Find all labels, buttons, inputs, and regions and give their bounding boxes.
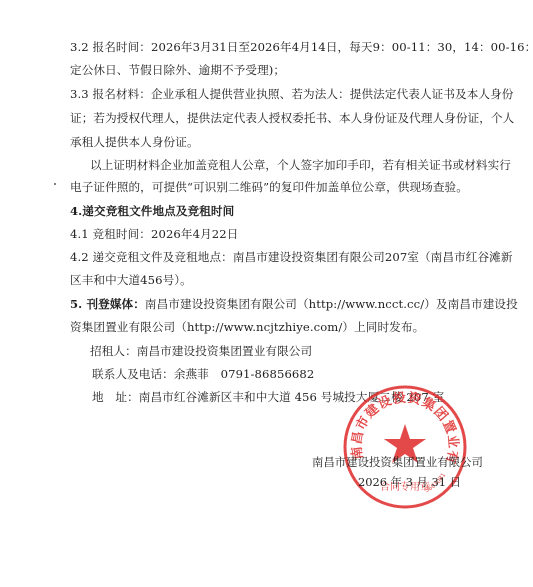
lessor-line: 招租人：南昌市建设投资集团置业有限公司 [90,344,312,358]
section-3-2-line-2: 定公休日、节假日除外、逾期不予受理)； [70,63,285,77]
section-3-3-line-1: 3.3 报名材料：企业承租人提供营业执照、若为法人：提供法定代表人证书及本人身份 [70,87,514,101]
section-4-2-line-1: 4.2 递交竞租文件及竞租地点：南昌市建设投资集团有限公司207室（南昌市红谷滩… [70,250,513,264]
contact-phone-line: 联系人及电话：余燕菲 0791-86856682 [92,367,314,381]
margin-mark [54,183,56,185]
section-3-2-line-1: 3.2 报名时间：2026年3月31日至2026年4月14日，每天9：00-11… [70,40,533,54]
section-5-line-1: 5. 刊登媒体：南昌市建设投资集团有限公司（http://www.ncct.cc… [70,297,518,311]
official-seal-stamp: 南昌市建设投资集团置业有限公司 合同专用章 3601081 [342,384,468,510]
section-4-2-line-2: 区丰和中大道456号）。 [70,273,192,287]
document-page: 3.2 报名时间：2026年3月31日至2026年4月14日，每天9：00-11… [0,0,533,587]
note-line-1: 以上证明材料企业加盖竞租人公章，个人签字加印手印，若有相关证书或材料实行 [90,158,511,172]
section-3-3-line-3: 承租人提供本人身份证。 [70,135,199,149]
section-3-3-line-2: 证；若为授权代理人，提供法定代表人授权委托书、本人身份证及代理人身份证，个人 [70,111,514,125]
signature-date: 2026 年 3 月 31 日 [358,474,461,490]
section-5-text: 南昌市建设投资集团有限公司（http://www.ncct.cc/）及南昌市建设… [145,297,518,311]
section-5-label: 5. 刊登媒体： [70,297,145,311]
note-line-2: 电子证件照的，可提供“可识别二维码”的复印件加盖单位公章，供现场查验。 [70,180,468,194]
signature-company: 南昌市建设投资集团置业有限公司 [312,454,483,470]
section-4-heading: 4.递交竞租文件地点及竞租时间 [70,204,234,218]
section-4-1: 4.1 竞租时间：2026年4月22日 [70,227,238,241]
section-5-line-2: 资集团置业有限公司（http://www.ncjtzhiye.com/）上同时发… [70,320,424,334]
